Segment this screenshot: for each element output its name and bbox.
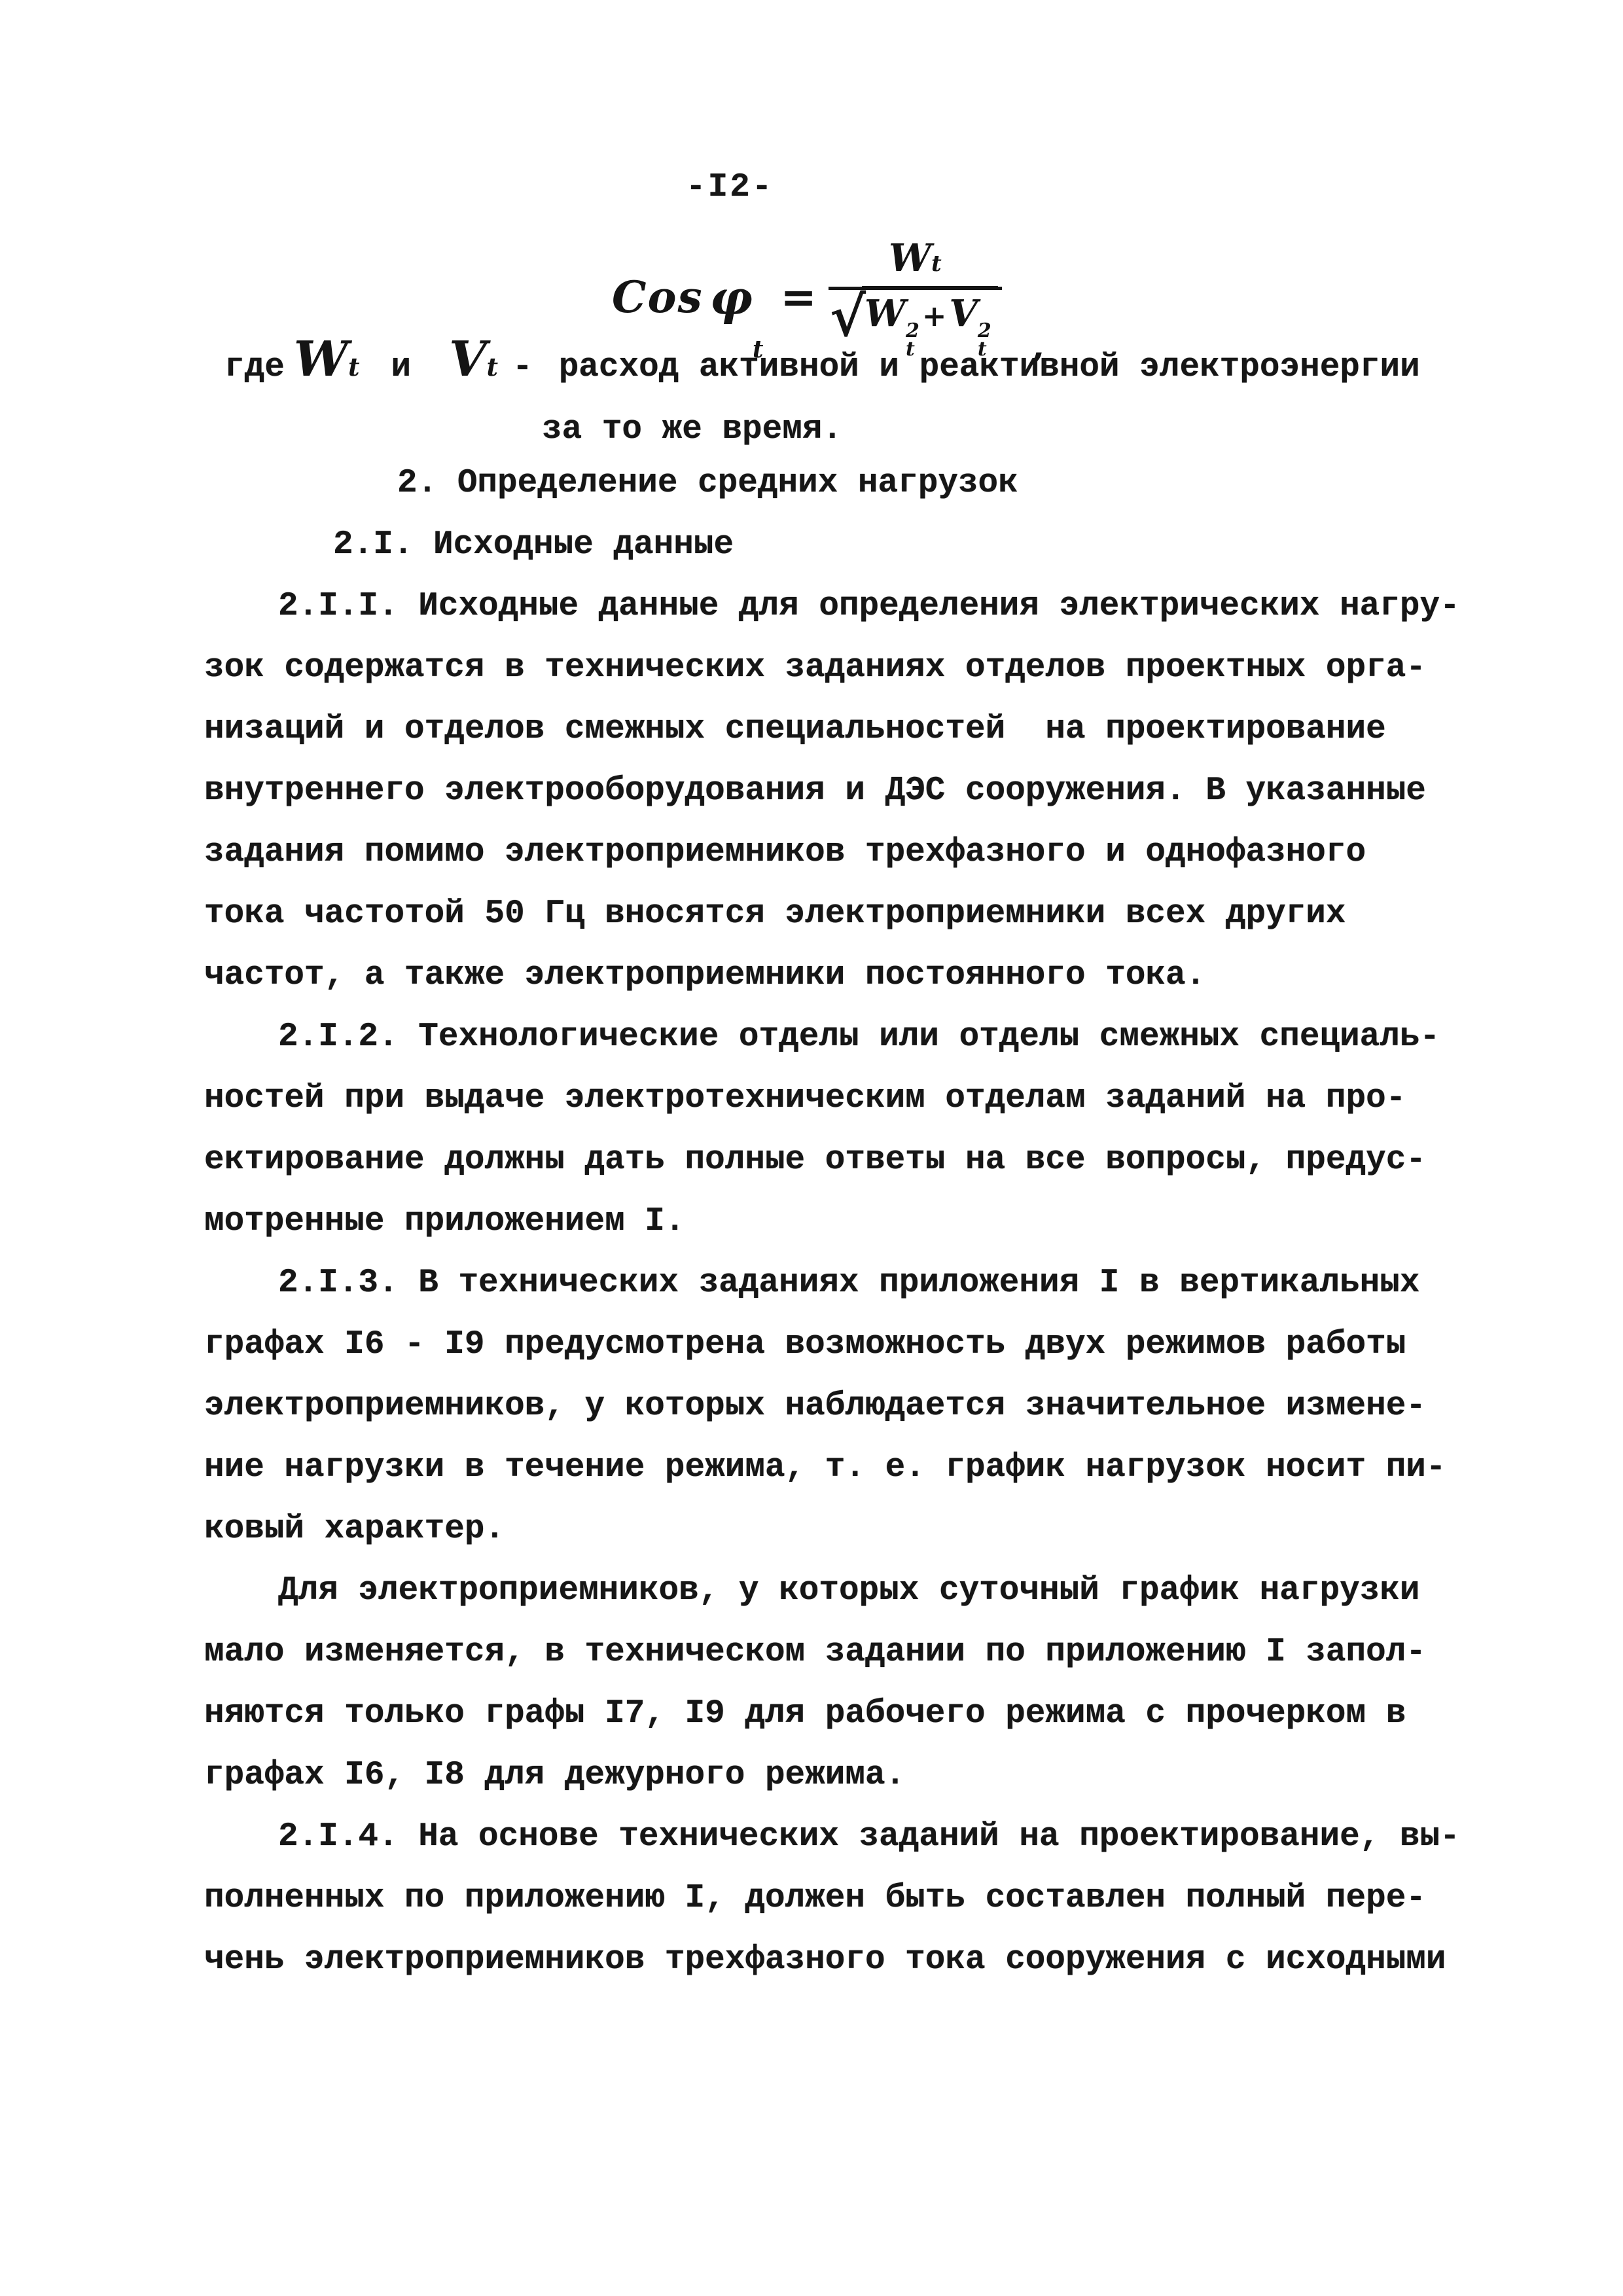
text-line: мало изменяется, в техническом задании п…	[0, 1622, 1623, 1683]
conjunction: и	[391, 349, 412, 386]
where-lead-word: где	[224, 349, 285, 386]
text-line: задания помимо электроприемников трехфаз…	[0, 822, 1623, 884]
text-line: низаций и отделов смежных специальностей…	[0, 699, 1623, 761]
text-line: ние нагрузки в течение режима, т. е. гра…	[0, 1437, 1623, 1499]
page-number: -I2-	[686, 169, 774, 206]
plus-sign: +	[922, 298, 947, 333]
text-line: ностей при выдаче электротехническим отд…	[0, 1068, 1623, 1130]
numerator-symbol: W	[889, 236, 931, 280]
v-subscript: t	[487, 352, 499, 382]
symbol-w: Wt	[294, 335, 360, 384]
text-line: мотренные приложением I.	[0, 1191, 1623, 1253]
w-subscript: t	[348, 352, 360, 382]
document-body: 2. Определение средних нагрузок2.I. Исхо…	[0, 453, 1623, 1991]
text-line: чень электроприемников трехфазного тока …	[0, 1929, 1623, 1991]
scanned-document-page: { "page": { "number_label": "-I2-" }, "f…	[0, 0, 1623, 2296]
text-line: внутреннего электрооборудования и ДЭС со…	[0, 761, 1623, 822]
fraction-numerator: Wt	[829, 236, 1002, 287]
definition-continuation: за то же время.	[542, 399, 842, 461]
text-line: графах I6, I8 для дежурного режима.	[0, 1745, 1623, 1806]
text-line: 2.I.I. Исходные данные для определения э…	[0, 576, 1623, 637]
equals-sign: =	[781, 272, 817, 323]
text-line: няются только графы I7, I9 для рабочего …	[0, 1683, 1623, 1745]
definition-text: расход активной и реактивной электроэнер…	[559, 349, 1420, 386]
numerator-subscript: t	[931, 251, 942, 277]
text-line: полненных по приложению I, должен быть с…	[0, 1868, 1623, 1929]
radicand-term1: W	[865, 292, 906, 335]
text-line: электроприемников, у которых наблюдается…	[0, 1376, 1623, 1437]
text-line: 2. Определение средних нагрузок	[0, 453, 1623, 514]
symbol-v: Vt	[449, 335, 498, 384]
where-definition-line: где Wt и Vt - расход активной и реактивн…	[224, 335, 1420, 401]
text-line: Для электроприемников, у которых суточны…	[0, 1560, 1623, 1622]
v-base: V	[449, 331, 486, 387]
radicand-term2: V	[949, 292, 977, 335]
text-line: частот, а также электроприемники постоян…	[0, 945, 1623, 1007]
radicand: W2t+V2t	[862, 286, 998, 335]
text-line: графах I6 - I9 предусмотрена возможность…	[0, 1314, 1623, 1376]
text-line: ковый характер.	[0, 1499, 1623, 1560]
text-line: 2.I.3. В технических заданиях приложения…	[0, 1253, 1623, 1314]
text-line: 2.I.4. На основе технических заданий на …	[0, 1806, 1623, 1868]
phi-symbol: φ	[710, 270, 753, 325]
text-line: ектирование должны дать полные ответы на…	[0, 1130, 1623, 1191]
w-base: W	[294, 331, 348, 387]
definition-dash: -	[512, 349, 533, 386]
text-line: 2.I. Исходные данные	[0, 514, 1623, 576]
text-line: 2.I.2. Технологические отделы или отделы…	[0, 1007, 1623, 1068]
text-line: зок содержатся в технических заданиях от…	[0, 637, 1623, 699]
text-line: тока частотой 50 Гц вносятся электроприе…	[0, 884, 1623, 945]
formula-function-name: Cos	[612, 272, 704, 323]
